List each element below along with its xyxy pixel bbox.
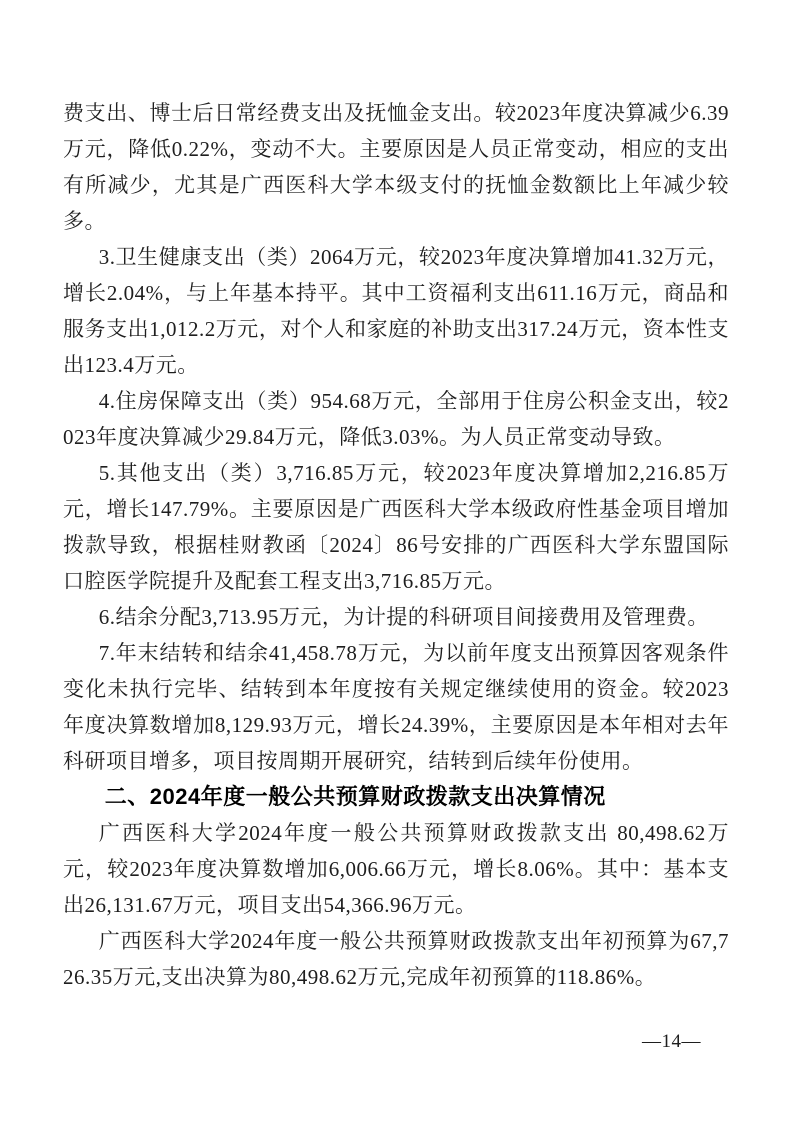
paragraph-item5-other-expense: 5.其他支出（类）3,716.85万元，较2023年度决算增加2,216.85万… <box>63 455 729 599</box>
section-heading-general-public-budget: 二、2024年度一般公共预算财政拨款支出决算情况 <box>63 779 729 815</box>
paragraph-fiscal-appropriation-expenditure: 广西医科大学2024年度一般公共预算财政拨款支出 80,498.62万元，较20… <box>63 815 729 923</box>
paragraph-item6-surplus-allocation: 6.结余分配3,713.95万元，为计提的科研项目间接费用及管理费。 <box>63 599 729 635</box>
document-body: 费支出、博士后日常经费支出及抚恤金支出。较2023年度决算减少6.39万元，降低… <box>63 95 729 995</box>
document-page: 费支出、博士后日常经费支出及抚恤金支出。较2023年度决算减少6.39万元，降低… <box>0 0 793 1122</box>
paragraph-item4-housing-expense: 4.住房保障支出（类）954.68万元，全部用于住房公积金支出，较2023年度决… <box>63 383 729 455</box>
paragraph-item3-health-expense: 3.卫生健康支出（类）2064万元，较2023年度决算增加41.32万元，增长2… <box>63 239 729 383</box>
paragraph-pension-expense-continuation: 费支出、博士后日常经费支出及抚恤金支出。较2023年度决算减少6.39万元，降低… <box>63 95 729 239</box>
paragraph-item7-year-end-carryover: 7.年末结转和结余41,458.78万元，为以前年度支出预算因客观条件变化未执行… <box>63 635 729 779</box>
page-number: —14— <box>642 1029 701 1055</box>
paragraph-budget-completion-rate: 广西医科大学2024年度一般公共预算财政拨款支出年初预算为67,726.35万元… <box>63 923 729 995</box>
